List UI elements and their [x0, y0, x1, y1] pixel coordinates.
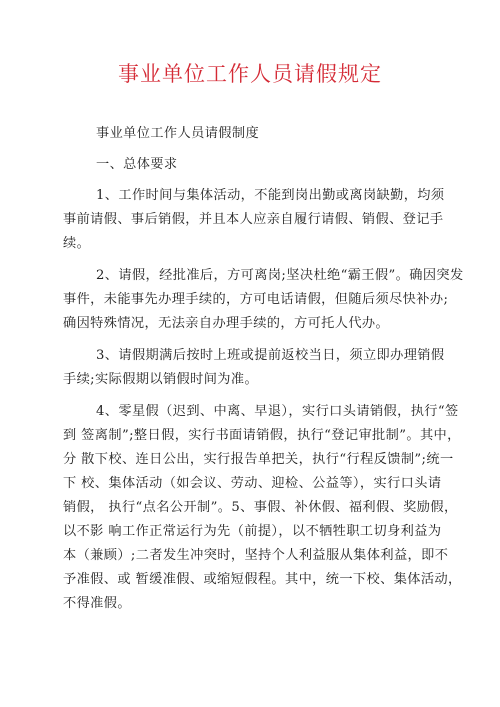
- paragraph-line: 事前请假、事后销假，并且本人应亲自履行请假、销假、登记手: [63, 211, 443, 229]
- paragraph-line: 销假， 执行“点名公开制”。5、事假、补休假、福利假、奖励假，: [63, 499, 443, 517]
- paragraph-line: 1、工作时间与集体活动，不能到岗出勤或离岗缺勤，均须: [96, 187, 476, 205]
- paragraph-line: 2、请假，经批准后，方可离岗;坚决杜绝“霸王假”。确因突发: [96, 267, 476, 285]
- paragraph-line: 事件，未能事先办理手续的，方可电话请假，但随后须尽快补办;: [63, 291, 443, 309]
- paragraph-line: 4、零星假（迟到、中离、早退），实行口头请销假，执行“签: [96, 403, 476, 421]
- document-title: 事业单位工作人员请假规定: [0, 58, 500, 88]
- paragraph-line: 下 校、集体活动（如会议、劳动、迎检、公益等），实行口头请: [63, 475, 443, 493]
- paragraph-line: 到 签离制”;整日假，实行书面请销假，执行“登记审批制”。其中，: [63, 427, 443, 445]
- paragraph-line: 以不影 响工作正常运行为先（前提），以不牺牲职工切身利益为: [63, 523, 443, 541]
- paragraph-line: 一、总体要求: [96, 156, 476, 174]
- paragraph-line: 不得准假。: [63, 595, 443, 613]
- paragraph-line: 本（兼顾）;二者发生冲突时，坚持个人利益服从集体利益，即不: [63, 547, 443, 565]
- paragraph-line: 分 散下校、连日公出，实行报告单把关，执行“行程反馈制”;统一: [63, 451, 443, 469]
- paragraph-line: 手续;实际假期以销假时间为准。: [63, 371, 443, 389]
- paragraph-line: 事业单位工作人员请假制度: [96, 125, 476, 143]
- paragraph-line: 确因特殊情况，无法亲自办理手续的，方可托人代办。: [63, 315, 443, 333]
- paragraph-line: 予准假、或 暂缓准假、或缩短假程。其中，统一下校、集体活动，: [63, 571, 443, 589]
- paragraph-line: 3、请假期满后按时上班或提前返校当日，须立即办理销假: [96, 347, 476, 365]
- paragraph-line: 续。: [63, 235, 443, 253]
